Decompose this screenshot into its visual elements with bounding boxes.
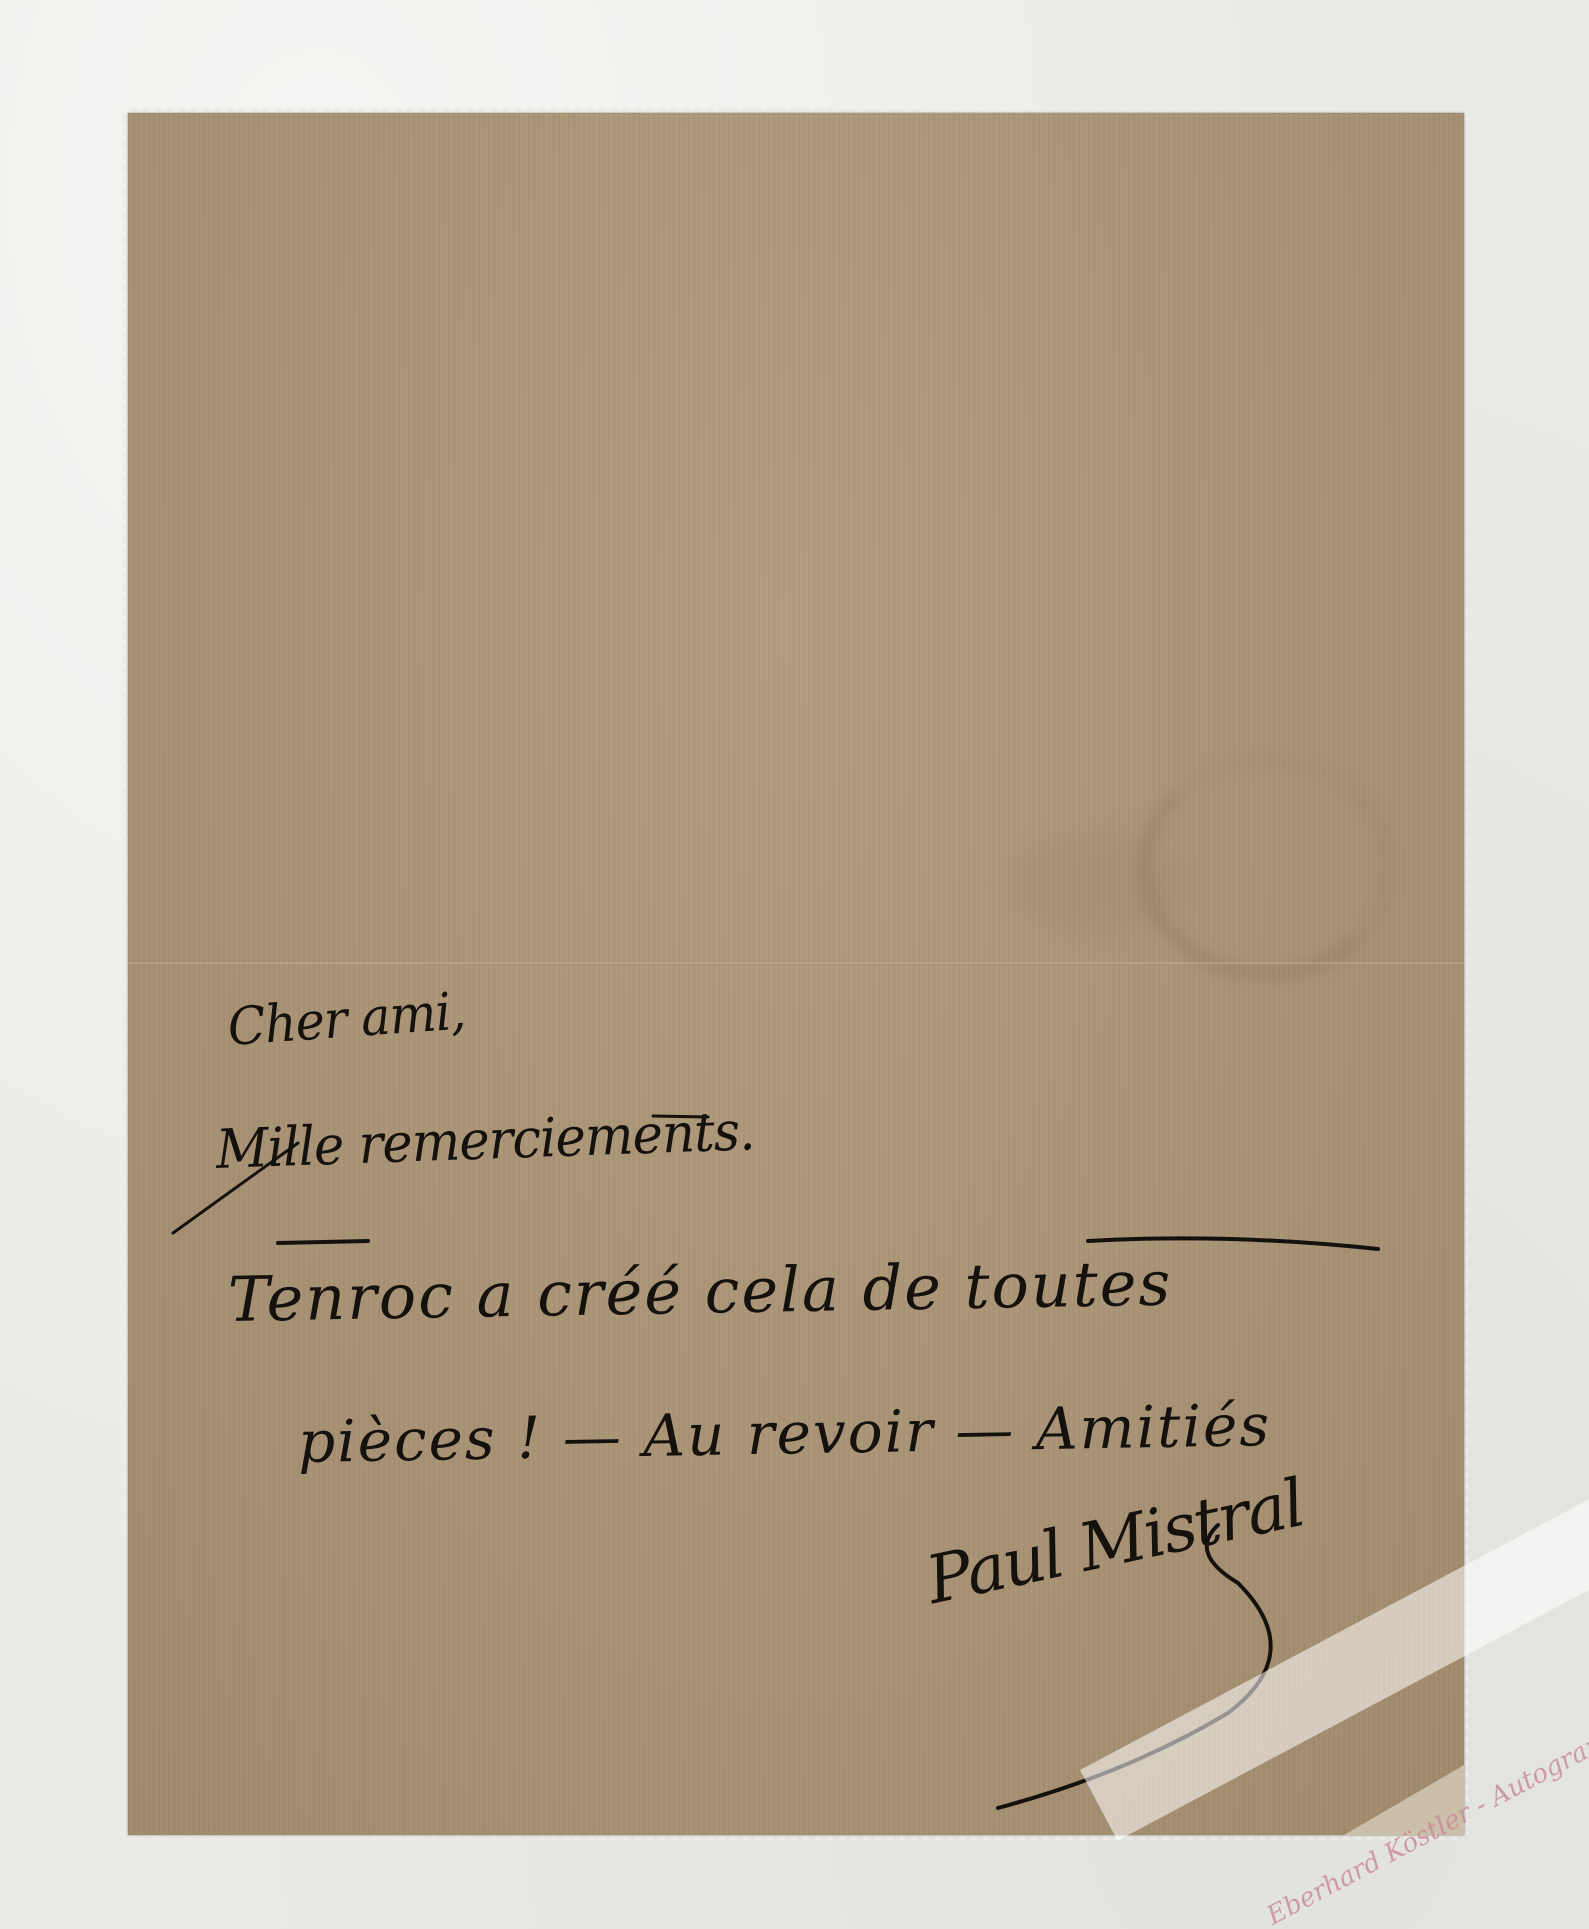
letter-salutation: Cher ami, <box>226 982 467 1058</box>
handwritten-letter: Cher ami, Mille remerciements. Tenroc a … <box>128 113 1464 1835</box>
letter-body-line-2: pièces ! — Au revoir — Amitiés <box>297 1391 1271 1476</box>
pen-stroke-tenroc-bar <box>278 1241 368 1243</box>
letter-card: Cher ami, Mille remerciements. Tenroc a … <box>128 113 1464 1835</box>
pen-strokes <box>128 113 1464 1835</box>
letter-body-line-1: Tenroc a créé cela de toutes <box>227 1247 1172 1336</box>
letter-signature: Paul Mistral <box>920 1464 1310 1619</box>
letter-thanks: Mille remerciements. <box>215 1099 755 1181</box>
